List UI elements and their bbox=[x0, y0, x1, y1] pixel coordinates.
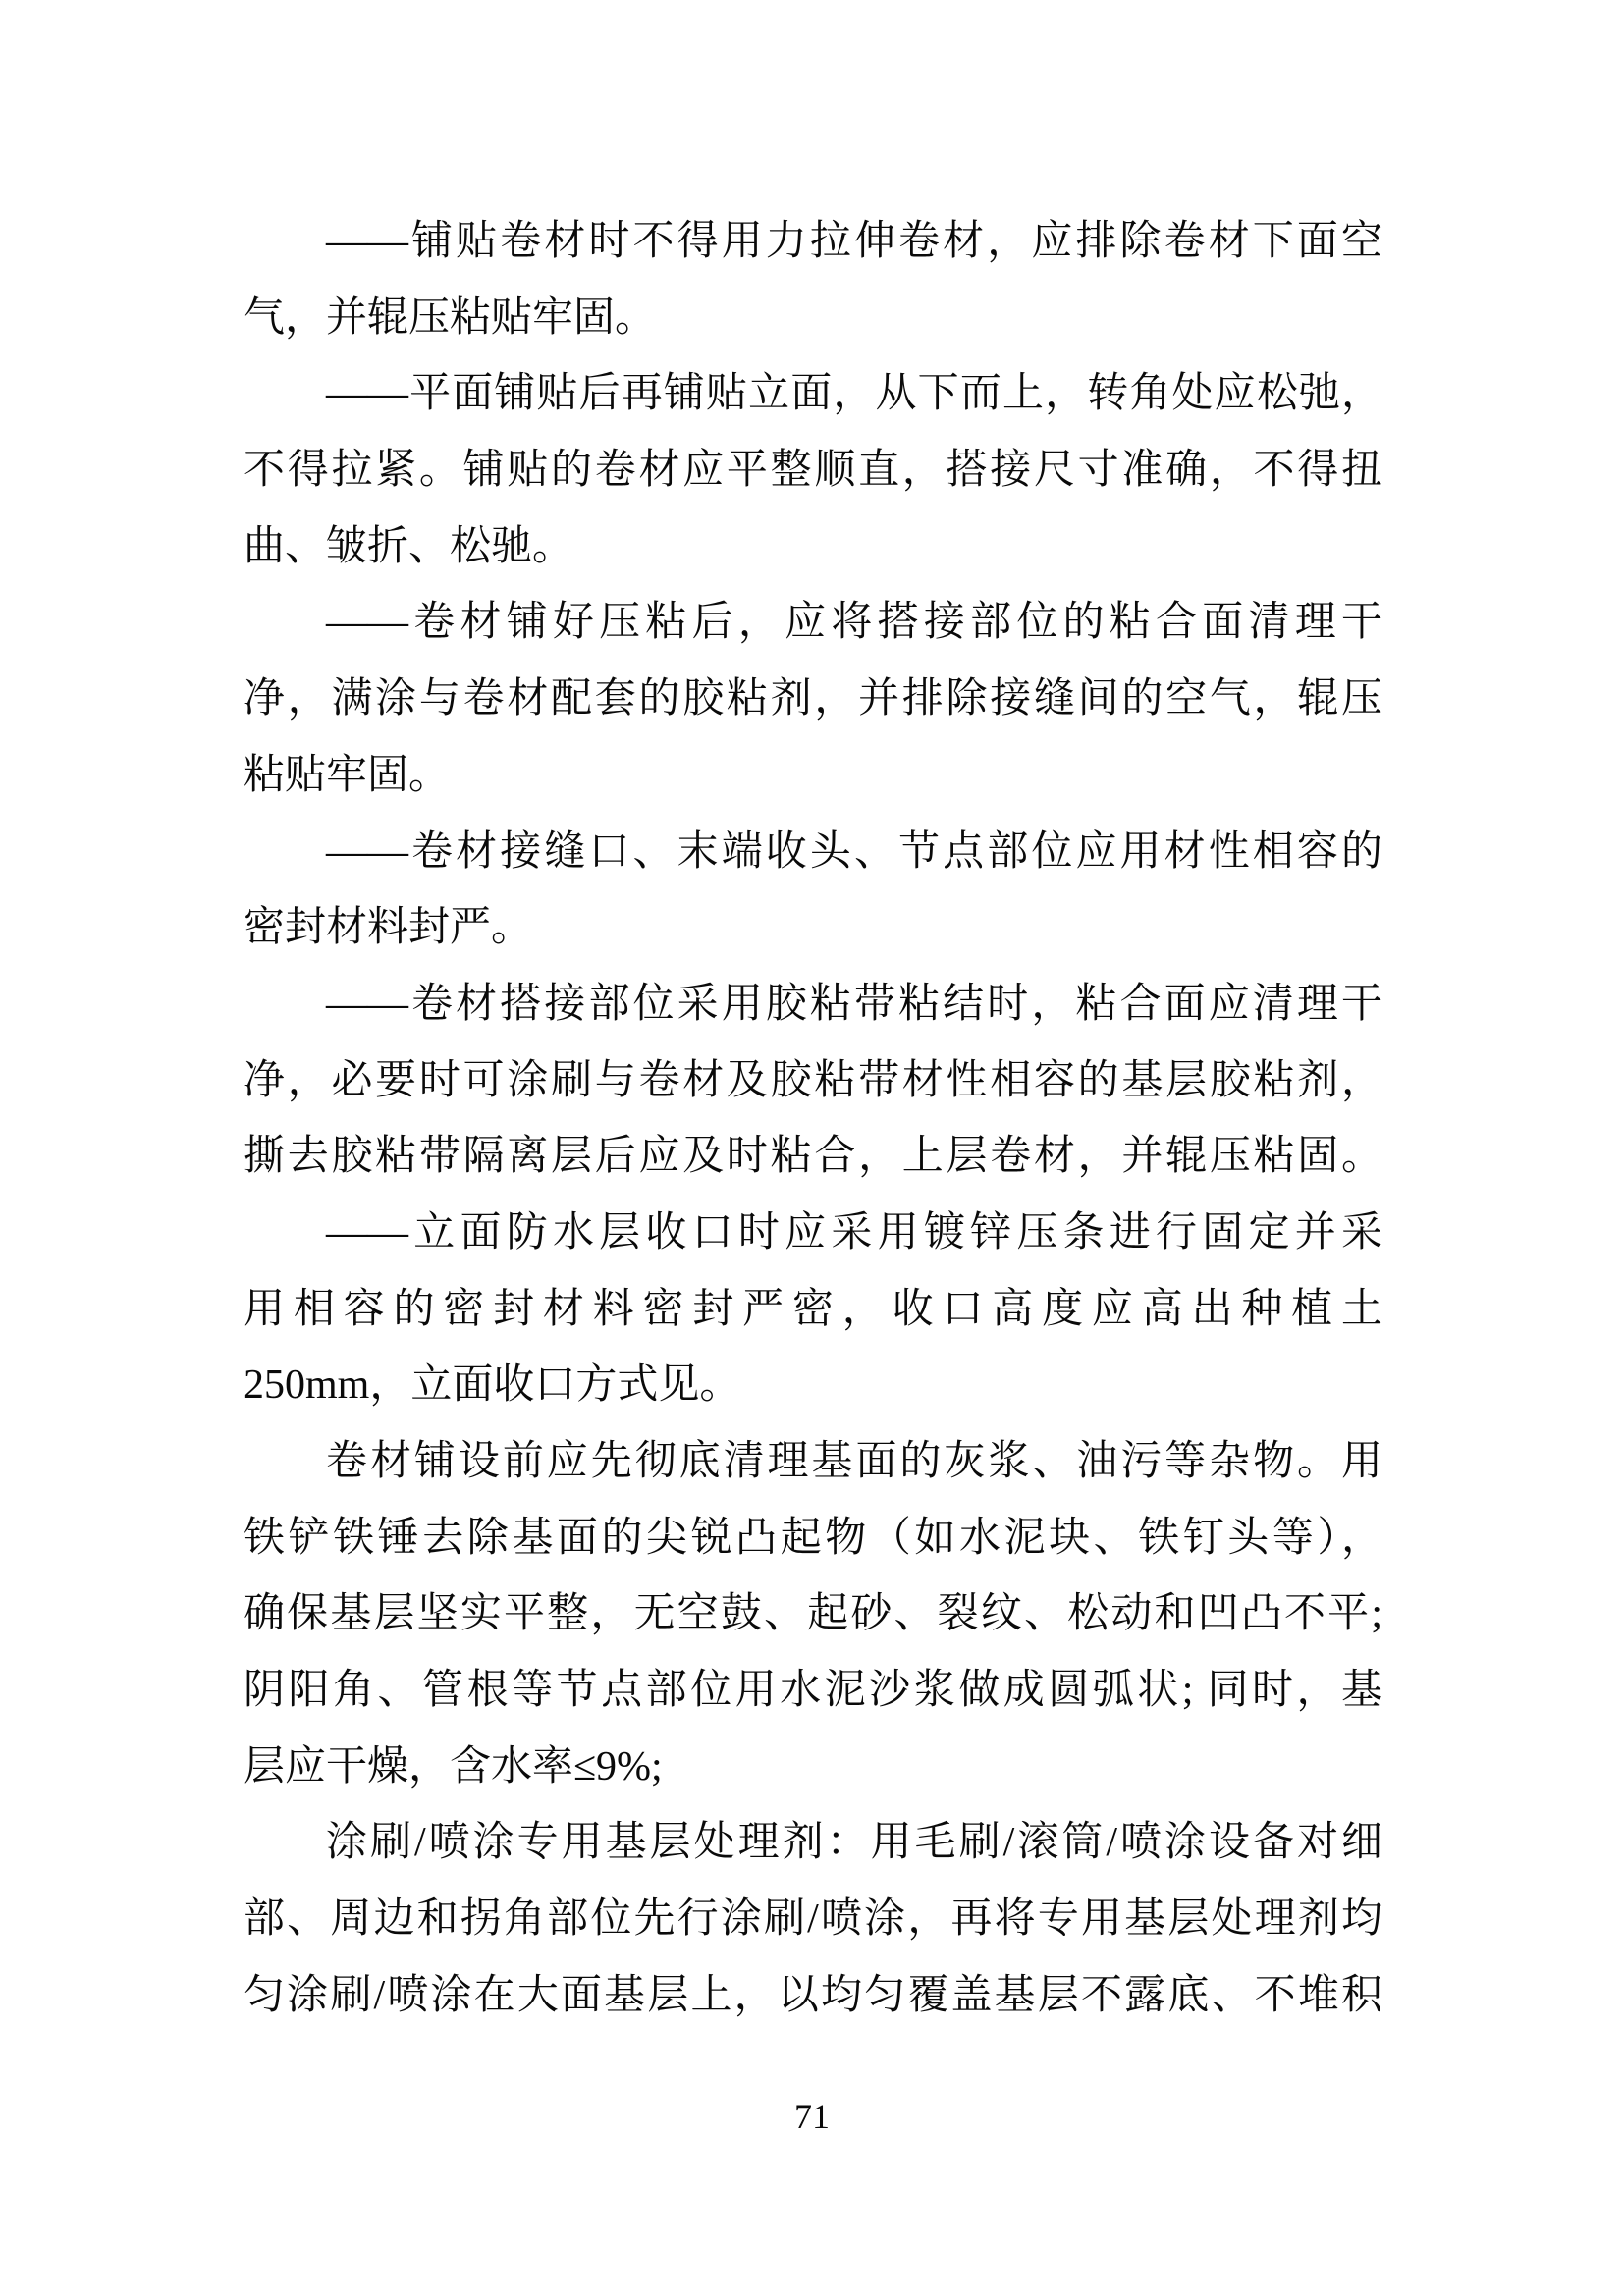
text-line: 气，并辊压粘贴牢固。 bbox=[244, 281, 1382, 357]
text-line: 层应干燥，含水率≤9%; bbox=[244, 1730, 1382, 1806]
text-line: 涂刷/喷涂专用基层处理剂：用毛刷/滚筒/喷涂设备对细 bbox=[244, 1805, 1382, 1882]
text-line: ——卷材铺好压粘后，应将搭接部位的粘合面清理干 bbox=[244, 585, 1382, 662]
text-line: 曲、皱折、松驰。 bbox=[244, 509, 1382, 586]
text-line: 铁铲铁锤去除基面的尖锐凸起物（如水泥块、铁钉头等）， bbox=[244, 1501, 1382, 1577]
text-line: 匀涂刷/喷涂在大面基层上，以均匀覆盖基层不露底、不堆积 bbox=[244, 1958, 1382, 2035]
text-line: ——立面防水层收口时应采用镀锌压条进行固定并采 bbox=[244, 1196, 1382, 1272]
text-line: ——平面铺贴后再铺贴立面，从下而上，转角处应松弛， bbox=[244, 356, 1382, 433]
text-line: 净，必要时可涂刷与卷材及胶粘带材性相容的基层胶粘剂， bbox=[244, 1043, 1382, 1120]
text-line: 粘贴牢固。 bbox=[244, 738, 1382, 815]
text-line: 确保基层坚实平整，无空鼓、起砂、裂纹、松动和凹凸不平; bbox=[244, 1576, 1382, 1653]
text-line: 阴阳角、管根等节点部位用水泥沙浆做成圆弧状; 同时，基 bbox=[244, 1653, 1382, 1730]
text-line: ——卷材搭接部位采用胶粘带粘结时，粘合面应清理干 bbox=[244, 967, 1382, 1043]
text-line: ——铺贴卷材时不得用力拉伸卷材，应排除卷材下面空 bbox=[244, 204, 1382, 281]
text-line: 250mm，立面收口方式见。 bbox=[244, 1348, 1382, 1424]
text-line: 卷材铺设前应先彻底清理基面的灰浆、油污等杂物。用 bbox=[244, 1424, 1382, 1501]
page-number: 71 bbox=[0, 2097, 1624, 2136]
text-column: ——铺贴卷材时不得用力拉伸卷材，应排除卷材下面空 气，并辊压粘贴牢固。 ——平面… bbox=[244, 204, 1382, 2035]
text-line: 部、周边和拐角部位先行涂刷/喷涂，再将专用基层处理剂均 bbox=[244, 1882, 1382, 1958]
text-line: 密封材料封严。 bbox=[244, 890, 1382, 967]
text-line: 用相容的密封材料密封严密，收口高度应高出种植土 bbox=[244, 1272, 1382, 1349]
text-line: 撕去胶粘带隔离层后应及时粘合，上层卷材，并辊压粘固。 bbox=[244, 1119, 1382, 1196]
document-page: ——铺贴卷材时不得用力拉伸卷材，应排除卷材下面空 气，并辊压粘贴牢固。 ——平面… bbox=[0, 0, 1624, 2296]
text-line: 净，满涂与卷材配套的胶粘剂，并排除接缝间的空气，辊压 bbox=[244, 662, 1382, 738]
text-line: ——卷材接缝口、末端收头、节点部位应用材性相容的 bbox=[244, 815, 1382, 891]
text-line: 不得拉紧。铺贴的卷材应平整顺直，搭接尺寸准确，不得扭 bbox=[244, 433, 1382, 509]
